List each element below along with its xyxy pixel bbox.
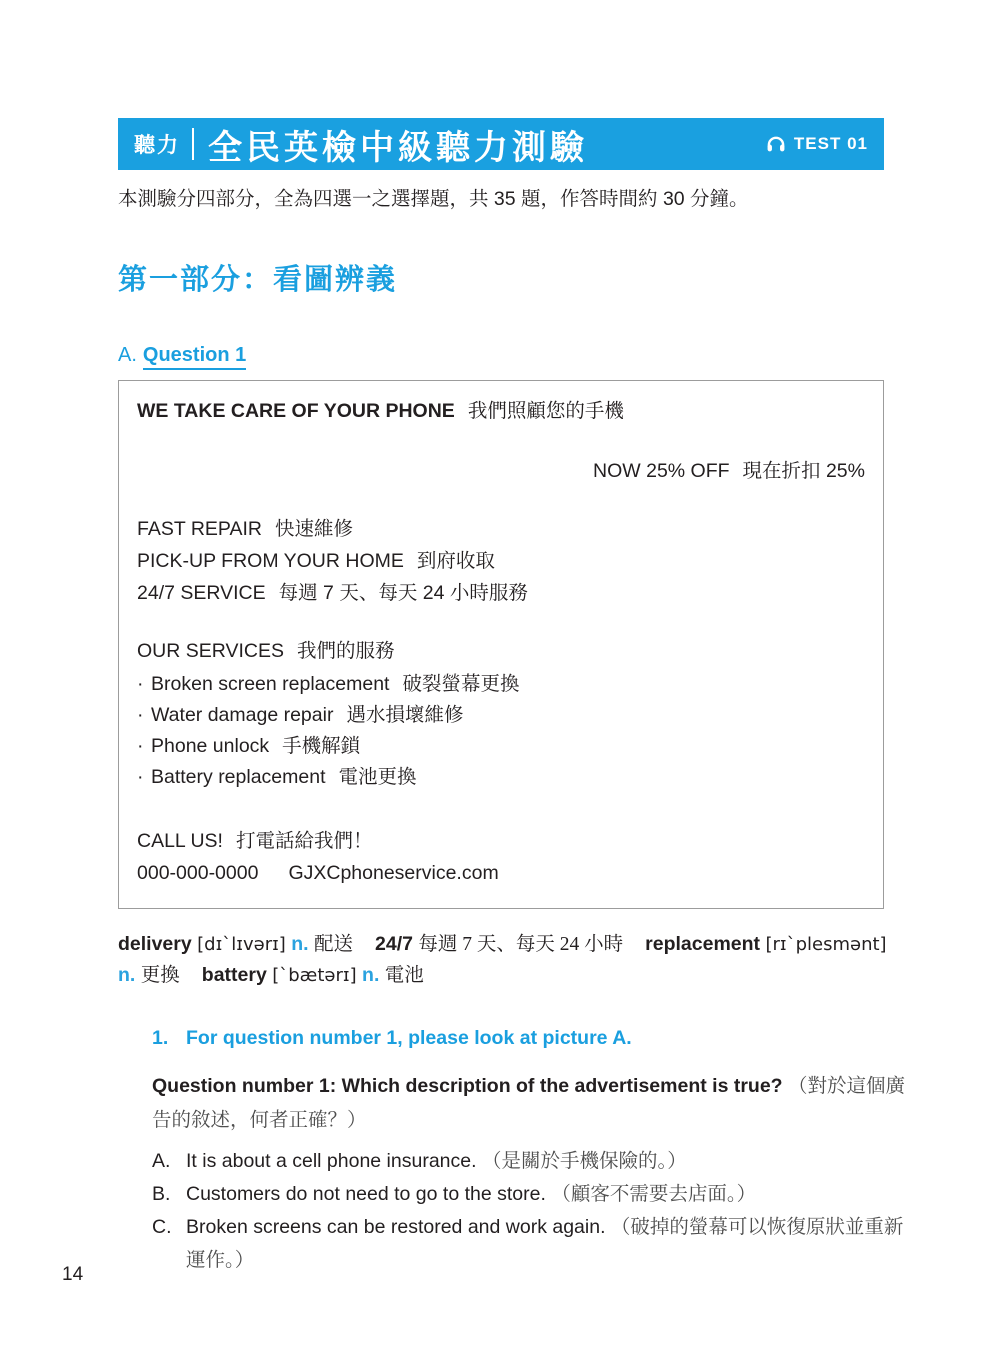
ad-feature-row: PICK-UP FROM YOUR HOME到府收取: [137, 545, 867, 577]
ad-feature-zh: 每週 7 天、每天 24 小時服務: [279, 582, 528, 604]
vocab-pos: n.: [291, 933, 308, 955]
option-label: A.: [152, 1145, 186, 1178]
vocab-entry: 24/7 每週 7 天、每天 24 小時: [375, 933, 623, 955]
option-a: A. It is about a cell phone insurance. （…: [152, 1145, 908, 1178]
vocab-word: 24/7: [375, 933, 413, 955]
test-intro: 本測驗分四部分，全為四選一之選擇題，共 35 題，作答時間約 30 分鐘。: [118, 186, 884, 213]
vocab-phonetic: [dɪ`lɪvərɪ]: [197, 934, 286, 955]
bullet-dot: ·: [137, 669, 151, 700]
vocab-meaning: 更換: [141, 965, 180, 986]
ad-offer: NOW 25% OFF現在折扣 25%: [137, 455, 867, 487]
ad-feature-en: FAST REPAIR: [137, 518, 262, 540]
vocab-word: delivery: [118, 933, 192, 955]
ad-services-heading: OUR SERVICES我們的服務: [137, 635, 867, 667]
vocab-pos: n.: [118, 964, 135, 986]
ad-service-row: ·Battery replacement電池更換: [137, 762, 867, 793]
bullet-dot: ·: [137, 700, 151, 731]
advertisement-box: WE TAKE CARE OF YOUR PHONE我們照顧您的手機 NOW 2…: [118, 380, 884, 909]
ad-service-en: Phone unlock: [151, 735, 269, 757]
option-c: C. Broken screens can be restored and wo…: [152, 1211, 908, 1277]
ad-headline: WE TAKE CARE OF YOUR PHONE我們照顧您的手機: [137, 395, 867, 427]
ad-service-en: Battery replacement: [151, 766, 326, 788]
option-label: B.: [152, 1178, 186, 1211]
ad-call-zh: 打電話給我們！: [236, 830, 373, 852]
vocab-phonetic: [rɪ`plesmənt]: [765, 934, 886, 955]
ad-service-row: ·Water damage repair遇水損壞維修: [137, 700, 867, 731]
page-content: 聽力 全民英檢中級聽力測驗 TEST 01 本測驗分四部分，全為四選一之選擇題，…: [118, 118, 884, 1277]
vocabulary-line: delivery [dɪ`lɪvərɪ] n. 配送24/7 每週 7 天、每天…: [118, 929, 900, 991]
ad-feature-zh: 到府收取: [417, 550, 495, 572]
option-text: Customers do not need to go to the store…: [186, 1178, 908, 1211]
bullet-dot: ·: [137, 762, 151, 793]
vocab-meaning: 電池: [385, 965, 424, 986]
question-instruction: 1.For question number 1, please look at …: [152, 1025, 908, 1051]
test-badge: TEST 01: [765, 133, 868, 155]
picture-question-ref: A.Question 1: [118, 344, 884, 367]
chapter-header-bar: 聽力 全民英檢中級聽力測驗 TEST 01: [118, 118, 884, 170]
ad-service-zh: 手機解鎖: [282, 735, 360, 757]
question-ref-label: Question 1: [143, 344, 246, 370]
option-zh: （是關於手機保險的。）: [482, 1150, 687, 1172]
option-en: Broken screens can be restored and work …: [186, 1216, 606, 1238]
ad-feature-row: FAST REPAIR快速維修: [137, 513, 867, 545]
ad-website: GJXCphoneservice.com: [288, 862, 498, 884]
ad-service-en: Broken screen replacement: [151, 673, 389, 695]
vocab-word: replacement: [645, 933, 760, 955]
ad-headline-en: WE TAKE CARE OF YOUR PHONE: [137, 400, 455, 422]
ad-offer-zh: 現在折扣 25%: [743, 460, 865, 482]
ad-call-line: CALL US!打電話給我們！: [137, 825, 867, 857]
ad-service-row: ·Broken screen replacement破裂螢幕更換: [137, 669, 867, 700]
vocab-word: battery: [202, 964, 267, 986]
question-stem-en: Question number 1: Which description of …: [152, 1075, 783, 1097]
ad-headline-zh: 我們照顧您的手機: [468, 400, 624, 422]
vocab-meaning: 配送: [314, 934, 353, 955]
option-en: It is about a cell phone insurance.: [186, 1150, 477, 1172]
ad-contact-line: 000-000-0000GJXCphoneservice.com: [137, 857, 867, 890]
page-title: 全民英檢中級聽力測驗: [208, 120, 588, 169]
bullet-dot: ·: [137, 731, 151, 762]
question-instruction-text: For question number 1, please look at pi…: [186, 1025, 632, 1051]
listening-tag: 聽力: [134, 129, 180, 159]
answer-options: A. It is about a cell phone insurance. （…: [152, 1145, 908, 1277]
ad-services-heading-zh: 我們的服務: [297, 640, 395, 662]
ad-service-en: Water damage repair: [151, 704, 333, 726]
ad-call-en: CALL US!: [137, 830, 223, 852]
ad-service-zh: 電池更換: [339, 766, 417, 788]
ad-service-list: ·Broken screen replacement破裂螢幕更換 ·Water …: [137, 669, 867, 793]
headphones-icon: [765, 133, 787, 155]
ad-feature-row: 24/7 SERVICE每週 7 天、每天 24 小時服務: [137, 577, 867, 609]
option-text: It is about a cell phone insurance. （是關於…: [186, 1145, 908, 1178]
ad-feature-list: FAST REPAIR快速維修 PICK-UP FROM YOUR HOME到府…: [137, 513, 867, 609]
ad-feature-en: PICK-UP FROM YOUR HOME: [137, 550, 404, 572]
ad-offer-en: NOW 25% OFF: [593, 460, 730, 482]
ad-services-heading-en: OUR SERVICES: [137, 640, 284, 662]
book-page: 聽力 全民英檢中級聽力測驗 TEST 01 本測驗分四部分，全為四選一之選擇題，…: [0, 0, 1000, 1353]
question-stem: Question number 1: Which description of …: [152, 1069, 908, 1137]
page-number: 14: [62, 1264, 83, 1286]
option-zh: （顧客不需要去店面。）: [551, 1183, 756, 1205]
section-title: 第一部分：看圖辨義: [118, 257, 884, 298]
ad-phone-number: 000-000-0000: [137, 862, 258, 884]
ad-feature-en: 24/7 SERVICE: [137, 582, 266, 604]
vocab-phonetic: [`bætərɪ]: [272, 965, 356, 986]
header-divider: [192, 128, 194, 160]
vocab-meaning: 每週 7 天、每天 24 小時: [418, 934, 623, 955]
ad-service-row: ·Phone unlock手機解鎖: [137, 731, 867, 762]
vocab-entry: battery [`bætərɪ] n. 電池: [202, 964, 424, 986]
vocab-pos: n.: [362, 964, 379, 986]
question-block: 1.For question number 1, please look at …: [152, 1025, 908, 1277]
test-label: TEST 01: [794, 134, 868, 154]
ad-service-zh: 破裂螢幕更換: [402, 673, 519, 695]
picture-letter: A.: [118, 344, 137, 366]
ad-feature-zh: 快速維修: [275, 518, 353, 540]
vocab-entry: delivery [dɪ`lɪvərɪ] n. 配送: [118, 933, 353, 955]
option-label: C.: [152, 1211, 186, 1277]
option-b: B. Customers do not need to go to the st…: [152, 1178, 908, 1211]
ad-service-zh: 遇水損壞維修: [346, 704, 463, 726]
option-en: Customers do not need to go to the store…: [186, 1183, 546, 1205]
option-text: Broken screens can be restored and work …: [186, 1211, 908, 1277]
question-number: 1.: [152, 1025, 186, 1051]
